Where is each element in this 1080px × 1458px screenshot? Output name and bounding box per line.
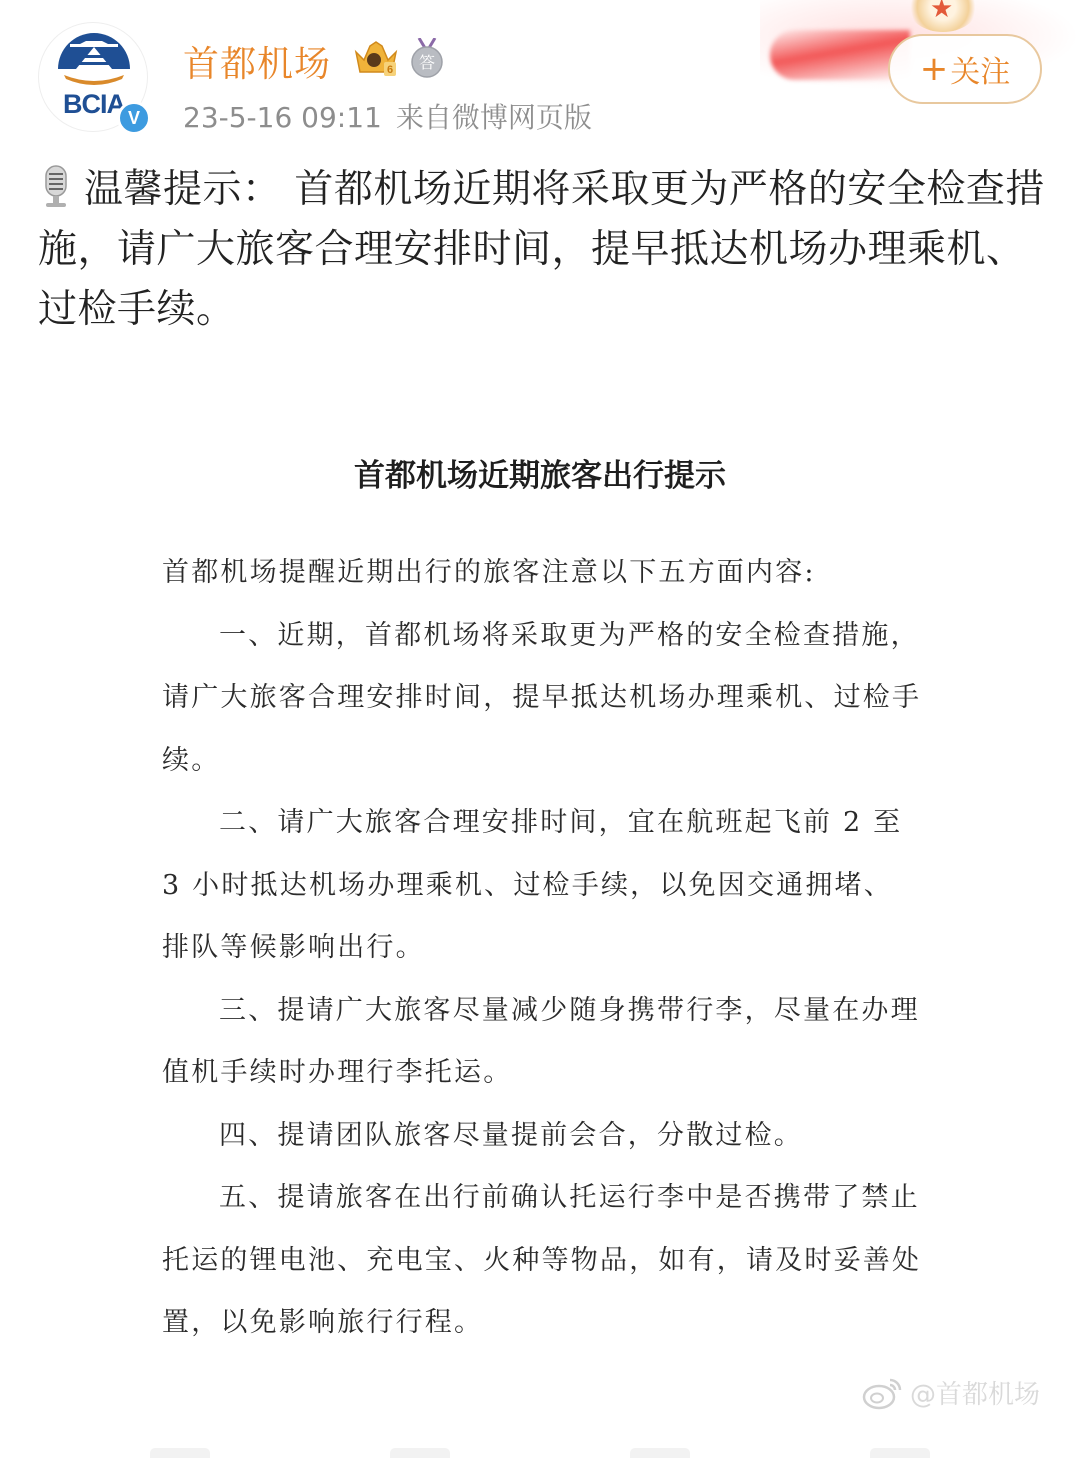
post-header: BCIA V 首都机场 6 答 23-5-16 09:11来自微博网页版 ★ +… [0,0,1080,150]
notice-item-4: 四、提请团队旅客尽量提前会合，分散过检。 [162,1105,922,1168]
bottom-action-bar-partial [0,1440,1080,1458]
notice-title: 首都机场近期旅客出行提示 [0,450,1080,495]
microphone-icon [38,164,74,210]
star-icon: ★ [930,0,953,24]
verified-icon: V [117,101,151,135]
notice-item-2: 二、请广大旅客合理安排时间，宜在航班起飞前 2 至 3 小时抵达机场办理乘机、过… [162,792,922,980]
notice-item-3: 三、提请广大旅客尽量减少随身携带行李，尽量在办理值机手续时办理行李托运。 [162,980,922,1105]
action-icon-partial[interactable] [390,1448,450,1458]
notice-intro: 首都机场提醒近期出行的旅客注意以下五方面内容: [162,542,922,605]
answer-medal-icon[interactable]: 答 [410,38,444,80]
post-meta: 23-5-16 09:11来自微博网页版 [183,96,592,136]
action-icon-partial[interactable] [870,1448,930,1458]
notice-image[interactable]: 首都机场近期旅客出行提示 首都机场提醒近期出行的旅客注意以下五方面内容: 一、近… [0,400,1080,1458]
follow-label: 关注 [950,47,1010,91]
bcia-logo-icon [56,29,132,95]
avatar[interactable]: BCIA V [38,22,148,132]
weibo-icon [862,1376,904,1410]
follow-button[interactable]: + 关注 [888,34,1042,104]
post-timestamp: 23-5-16 09:11 [183,101,382,134]
notice-item-5: 五、提请旅客在出行前确认托运行李中是否携带了禁止托运的锂电池、充电宝、火种等物品… [162,1167,922,1355]
username[interactable]: 首都机场 [183,36,331,87]
post-text: 温馨提示： 首都机场近期将采取更为严格的安全检查措施，请广大旅客合理安排时间，提… [38,160,1048,340]
svg-text:6: 6 [387,64,393,76]
weibo-watermark: @首都机场 [862,1374,1040,1411]
post-source: 来自微博网页版 [396,101,592,134]
notice-body: 首都机场提醒近期出行的旅客注意以下五方面内容: 一、近期，首都机场将采取更为严格… [162,542,922,1355]
post-body-text: 温馨提示： 首都机场近期将采取更为严格的安全检查措施，请广大旅客合理安排时间，提… [38,167,1045,332]
crown-badge-icon[interactable]: 6 [352,40,400,78]
watermark-text: @首都机场 [910,1374,1040,1411]
action-icon-partial[interactable] [630,1448,690,1458]
plus-icon: + [920,49,949,89]
notice-item-1: 一、近期，首都机场将采取更为严格的安全检查措施，请广大旅客合理安排时间，提早抵达… [162,605,922,793]
svg-text:答: 答 [419,53,435,72]
action-icon-partial[interactable] [150,1448,210,1458]
